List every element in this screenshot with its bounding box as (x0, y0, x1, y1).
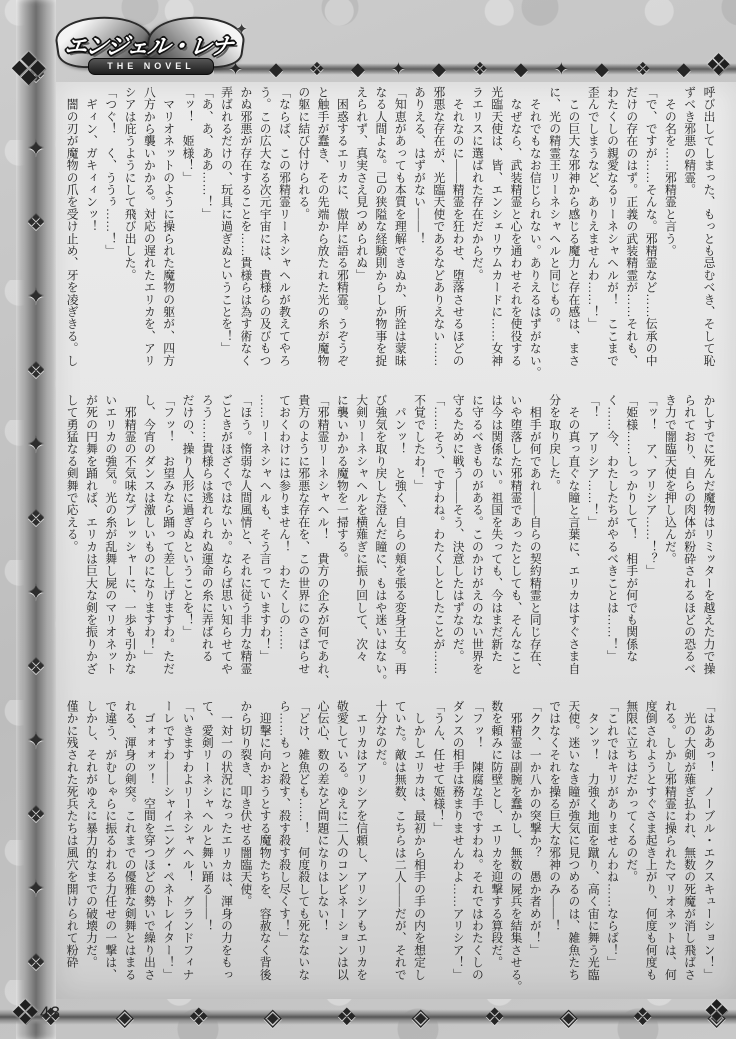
logo-title: エンジェル・レナ (52, 28, 243, 61)
ornament-chain-icon: ❖◈❖◈❖◈❖◈❖◈ (0, 1003, 736, 1031)
page-number: 43 (40, 1003, 61, 1023)
corner-ornament-icon: ❖ (10, 993, 40, 1033)
text-block-2: かしすでに死んだ魔物はリミッターを越えた力で操 られており、自らの肉体が粉砕され… (54, 394, 718, 676)
top-border-ornament: ✦◆❖◆✦◆❖◆✦◆❖◆✦◆❖ (214, 56, 736, 82)
text-block-1: 呼び出してしまった、もっとも忌むべき、そして恥 ずべき邪悪の精霊。 その名を……… (54, 86, 718, 386)
sparkle-icon: ✦ (235, 20, 248, 38)
corner-ornament-icon: ❖ (8, 42, 49, 96)
corner-ornament-icon: ❖ (705, 48, 732, 83)
text-block-3: 「はああっ！ ノーブル・エクスキューション！」 光の大剣が薙ぎ払われ、無数の死魔… (54, 700, 718, 982)
series-logo: エンジェル・レナ THE NOVEL ✦ (50, 2, 246, 90)
bottom-border-ornament: ❖◈❖◈❖◈❖◈❖◈ (0, 1001, 736, 1033)
logo-subtitle: THE NOVEL (88, 58, 214, 75)
novel-page-scan: ❖ ✦ ❖ ✦ ❖ ✦ ❖ ✦ ❖ ✦ ❖ ✦ ❖ ✦◆❖◆✦◆❖◆✦◆❖◆✦◆… (0, 0, 736, 1039)
left-border-ornament: ❖ ✦ ❖ ✦ ❖ ✦ ❖ ✦ ❖ ✦ ❖ ✦ ❖ (16, 0, 56, 1039)
corner-ornament-icon: ❖ (703, 994, 730, 1029)
ornament-chain-icon: ❖ ✦ ❖ ✦ ❖ ✦ ❖ ✦ ❖ ✦ ❖ ✦ ❖ (26, 39, 46, 1001)
ornament-chain-icon: ✦◆❖◆✦◆❖◆✦◆❖◆✦◆❖ (228, 59, 722, 80)
